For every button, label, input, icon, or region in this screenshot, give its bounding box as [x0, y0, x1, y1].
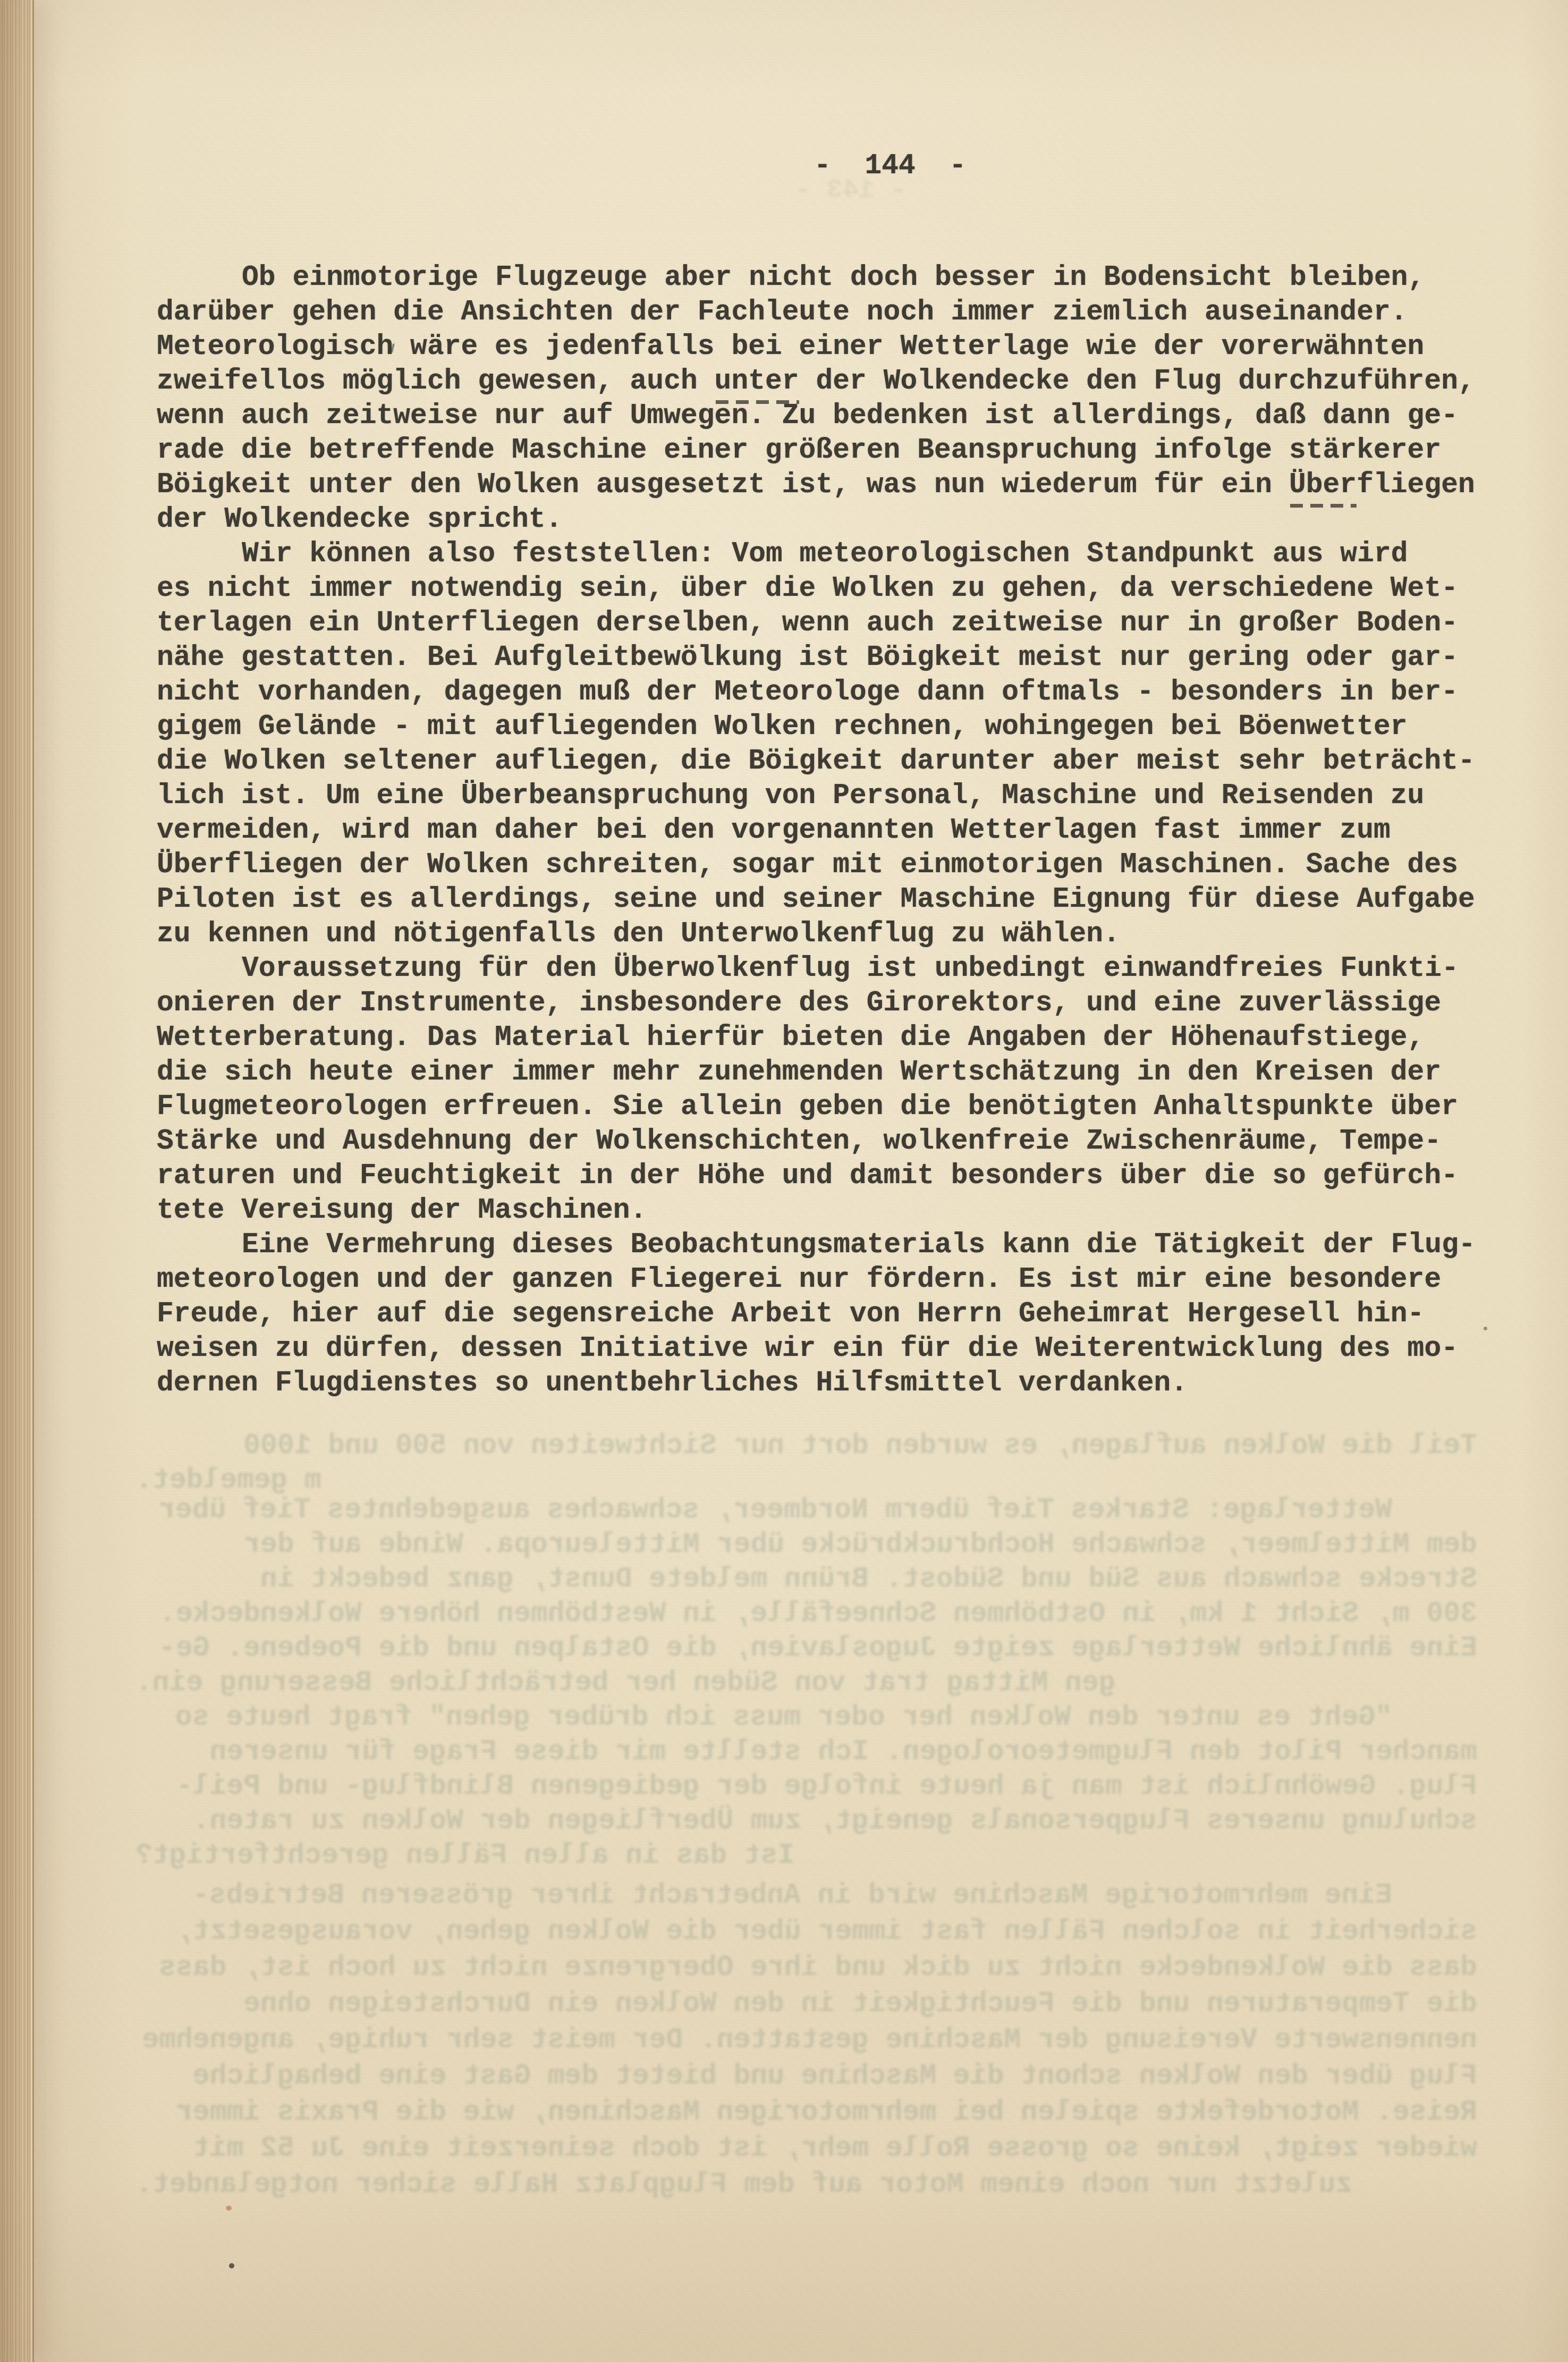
bleedthrough-line: Ist das in allen Fällen gerechtfertigt?: [135, 1838, 1477, 1873]
text-line: onieren der Instrumente, insbesondere de…: [157, 986, 1509, 1020]
bleedthrough-line: Eine ähnliche Wetterlage zeigte Jugoslav…: [135, 1631, 1477, 1666]
bleedthrough-line: Flug über den Wolken schont die Maschine…: [135, 2058, 1477, 2094]
bleedthrough-line: Reise. Motordefekte spielen bei mehrmoto…: [135, 2094, 1477, 2130]
text-line: Überfliegen der Wolken schreiten, sogar …: [157, 848, 1509, 882]
paragraph-3: Voraussetzung für den Überwolkenflug ist…: [157, 951, 1509, 1228]
bleedthrough-line: Eine mehrmotorige Maschine wird in Anbet…: [135, 1877, 1477, 1913]
text-line: terlagen ein Unterfliegen derselben, wen…: [157, 606, 1509, 640]
page-number-bleedthrough: - 143 -: [795, 175, 906, 206]
bleedthrough-line: dass die Wolkendecke nicht zu dick und i…: [135, 1950, 1477, 1986]
underlined-word: Über: [1289, 469, 1357, 501]
bleedthrough-line: die Temperaturen und die Feuchtigkeit in…: [135, 1986, 1477, 2022]
text-line: dernen Flugdienstes so unentbehrliches H…: [157, 1366, 1509, 1401]
text-line: Piloten ist es allerdings, seine und sei…: [157, 882, 1509, 917]
bleedthrough-line: Flug. Gewöhnlich ist man ja heute infolg…: [135, 1769, 1477, 1804]
text-line: tete Vereisung der Maschinen.: [157, 1193, 1509, 1228]
paragraph-4: Eine Vermehrung dieses Beobachtungsmater…: [157, 1228, 1509, 1401]
text-line: die sich heute einer immer mehr zunehmen…: [157, 1055, 1509, 1090]
text-line: Freude, hier auf die segensreiche Arbeit…: [157, 1297, 1509, 1331]
bleedthrough-text-block: Eine mehrmotorige Maschine wird in Anbet…: [135, 1877, 1477, 2203]
text-line: Ob einmotorige Flugzeuge aber nicht doch…: [157, 260, 1509, 295]
text-segment: zweifellos möglich gewesen, auch: [157, 365, 715, 397]
bleedthrough-line: Strecke schwach aus Süd und Südost. Brün…: [135, 1562, 1477, 1597]
text-line: Stärke und Ausdehnung der Wolkenschichte…: [157, 1124, 1509, 1159]
text-line: gigem Gelände - mit aufliegenden Wolken …: [157, 710, 1509, 744]
typed-text-block: Ob einmotorige Flugzeuge aber nicht doch…: [157, 260, 1509, 1401]
text-line: Meteorologisch wäre es jedenfalls bei ei…: [157, 330, 1509, 364]
bleedthrough-line: gen Mittag trat von Süden her beträchtli…: [135, 1666, 1477, 1700]
bleedthrough-line: mancher Pilot den Flugmeteorologen. Ich …: [135, 1735, 1477, 1769]
underlined-word: unter: [715, 365, 799, 397]
bleedthrough-line: dem Mittelmeer, schwache Hochdruckbrücke…: [135, 1528, 1477, 1562]
text-line: vermeiden, wird man daher bei den vorgen…: [157, 813, 1509, 848]
paragraph-1: Ob einmotorige Flugzeuge aber nicht doch…: [157, 260, 1509, 537]
bleedthrough-line: sicherheit in solchen Fällen fast immer …: [135, 1913, 1477, 1950]
text-line: Wir können also feststellen: Vom meteoro…: [157, 537, 1509, 571]
text-line: nähe gestatten. Bei Aufgleitbewölkung is…: [157, 640, 1509, 675]
text-line: die Wolken seltener aufliegen, die Böigk…: [157, 744, 1509, 779]
text-segment: der Wolkendecke den Flug durchzuführen,: [799, 365, 1475, 397]
text-line: Voraussetzung für den Überwolkenflug ist…: [157, 951, 1509, 986]
text-line: Böigkeit unter den Wolken ausgesetzt ist…: [157, 468, 1509, 502]
text-line: zweifellos möglich gewesen, auch unter d…: [157, 364, 1509, 399]
text-line: raturen und Feuchtigkeit in der Höhe und…: [157, 1159, 1509, 1193]
text-line: weisen zu dürfen, dessen Initiative wir …: [157, 1331, 1509, 1366]
text-line: Flugmeteorologen erfreuen. Sie allein ge…: [157, 1090, 1509, 1124]
text-line: es nicht immer notwendig sein, über die …: [157, 571, 1509, 606]
text-line: lich ist. Um eine Überbeanspruchung von …: [157, 779, 1509, 813]
text-segment: Böigkeit unter den Wolken ausgesetzt ist…: [157, 469, 1289, 501]
bleedthrough-line: schulung unseres Flugpersonals geneigt, …: [135, 1804, 1477, 1838]
text-line: zu kennen und nötigenfalls den Unterwolk…: [157, 917, 1509, 951]
bleedthrough-line: "Geht es unter den Wolken her oder muss …: [135, 1700, 1477, 1735]
text-line: Wetterberatung. Das Material hierfür bie…: [157, 1020, 1509, 1055]
text-line: darüber gehen die Ansichten der Fachleut…: [157, 295, 1509, 330]
text-line: nicht vorhanden, dagegen muß der Meteoro…: [157, 675, 1509, 710]
paper-speck: [226, 2206, 232, 2211]
bleedthrough-line: Teil die Wolken auflagen, es wurden dort…: [135, 1429, 1477, 1463]
text-line: wenn auch zeitweise nur auf Umwegen. Zu …: [157, 399, 1509, 433]
text-line: meteorologen und der ganzen Fliegerei nu…: [157, 1262, 1509, 1297]
bleedthrough-text-block: Teil die Wolken auflagen, es wurden dort…: [135, 1429, 1477, 1498]
bleedthrough-line: 300 m, Sicht 1 km, in Ostböhmen Schneefä…: [135, 1597, 1477, 1631]
page-edge-striations: [0, 0, 31, 2362]
bleedthrough-line: zuletzt nur noch einem Motor auf dem Flu…: [135, 2166, 1477, 2203]
scanned-document-page: - 144 - - 143 - Ob einmotorige Flugzeuge…: [0, 0, 1568, 2362]
bleedthrough-line: nennenswerte Vereisung der Maschine gest…: [135, 2022, 1477, 2058]
bleedthrough-text-block: "Geht es unter den Wolken her oder muss …: [135, 1700, 1477, 1873]
bleedthrough-line: wieder zeigt, keine so grosse Rolle mehr…: [135, 2130, 1477, 2166]
text-segment: fliegen: [1357, 469, 1475, 501]
text-line: Eine Vermehrung dieses Beobachtungsmater…: [157, 1228, 1509, 1262]
paragraph-2: Wir können also feststellen: Vom meteoro…: [157, 537, 1509, 951]
ink-speck: [229, 2263, 234, 2268]
bleedthrough-line: Wetterlage: Starkes Tief überm Nordmeer,…: [135, 1493, 1477, 1528]
bleedthrough-text-block: Wetterlage: Starkes Tief überm Nordmeer,…: [135, 1493, 1477, 1700]
text-line: rade die betreffende Maschine einer größ…: [157, 433, 1509, 468]
